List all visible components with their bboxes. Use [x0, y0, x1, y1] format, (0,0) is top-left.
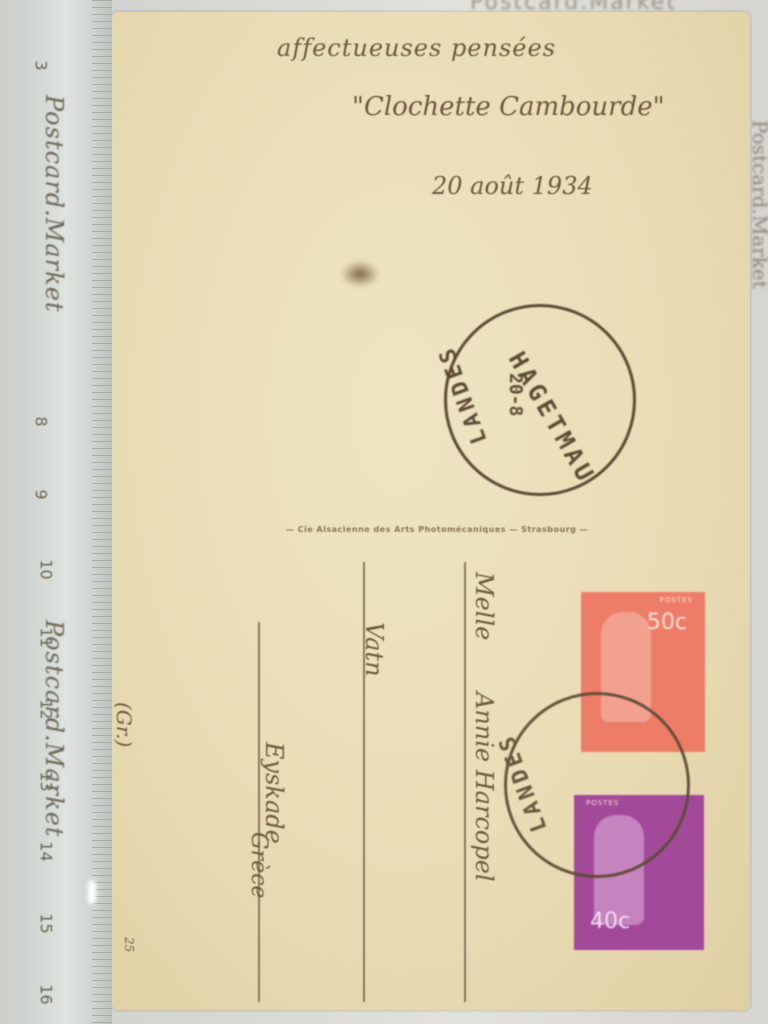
ruler-number: 10: [37, 559, 56, 579]
postmark-hagetmau: HAGETMAU LANDES 20-8: [444, 304, 636, 496]
stamp-value: 40c: [590, 909, 630, 934]
ruler-number: 3: [32, 60, 51, 70]
postmark-town: HAGETMAU: [503, 347, 601, 489]
ruler-number: 16: [37, 984, 56, 1004]
address-note: (Gr.): [112, 702, 136, 747]
background-watermark-right: Postcard.Market: [748, 120, 768, 289]
publisher-line: — Cie Alsacienne des Arts Photomécanique…: [207, 525, 667, 534]
message-date: 20 août 1934: [432, 172, 593, 200]
ruler-number: 12: [37, 699, 56, 719]
address-street: Vatn: [360, 622, 388, 677]
address-city: Eyskade: [260, 742, 288, 844]
message-line-1: affectueuses pensées: [277, 34, 556, 62]
postmark-department: LANDES: [494, 729, 553, 835]
address-title: Melle: [470, 572, 498, 640]
postmark-department: LANDES: [434, 341, 493, 447]
postcard-back: affectueuses pensées "Clochette Cambourd…: [112, 12, 750, 1010]
ruler-number: 13: [37, 771, 56, 791]
postmark-on-stamps: LANDES: [504, 692, 690, 878]
ruler-number: 8: [32, 416, 51, 426]
message-line-2: "Clochette Cambourde": [352, 92, 665, 122]
measuring-ruler: Postcard.Market Postcard.Market 3 8 9 10…: [20, 0, 112, 1024]
ruler-number: 11: [37, 627, 56, 647]
ruler-ticks: [92, 0, 112, 1024]
stamp-value: 50c: [647, 610, 687, 635]
address-pencil-note: 25: [122, 937, 136, 952]
ruler-number: 9: [32, 489, 51, 499]
stamp-label: POSTES: [660, 596, 693, 604]
address-name: Annie Harcopel: [470, 692, 498, 882]
ruler-brand: Postcard.Market: [40, 620, 68, 838]
light-glare: [88, 880, 96, 904]
postmark-date: 20-8: [505, 373, 525, 416]
ruler-brand: Postcard.Market: [40, 95, 68, 313]
ruler-number: 15: [37, 913, 56, 933]
ink-smudge: [340, 260, 380, 288]
address-rule-2: [464, 562, 466, 1002]
address-country: Grèce: [246, 832, 271, 898]
ruler-number: 14: [37, 841, 56, 861]
